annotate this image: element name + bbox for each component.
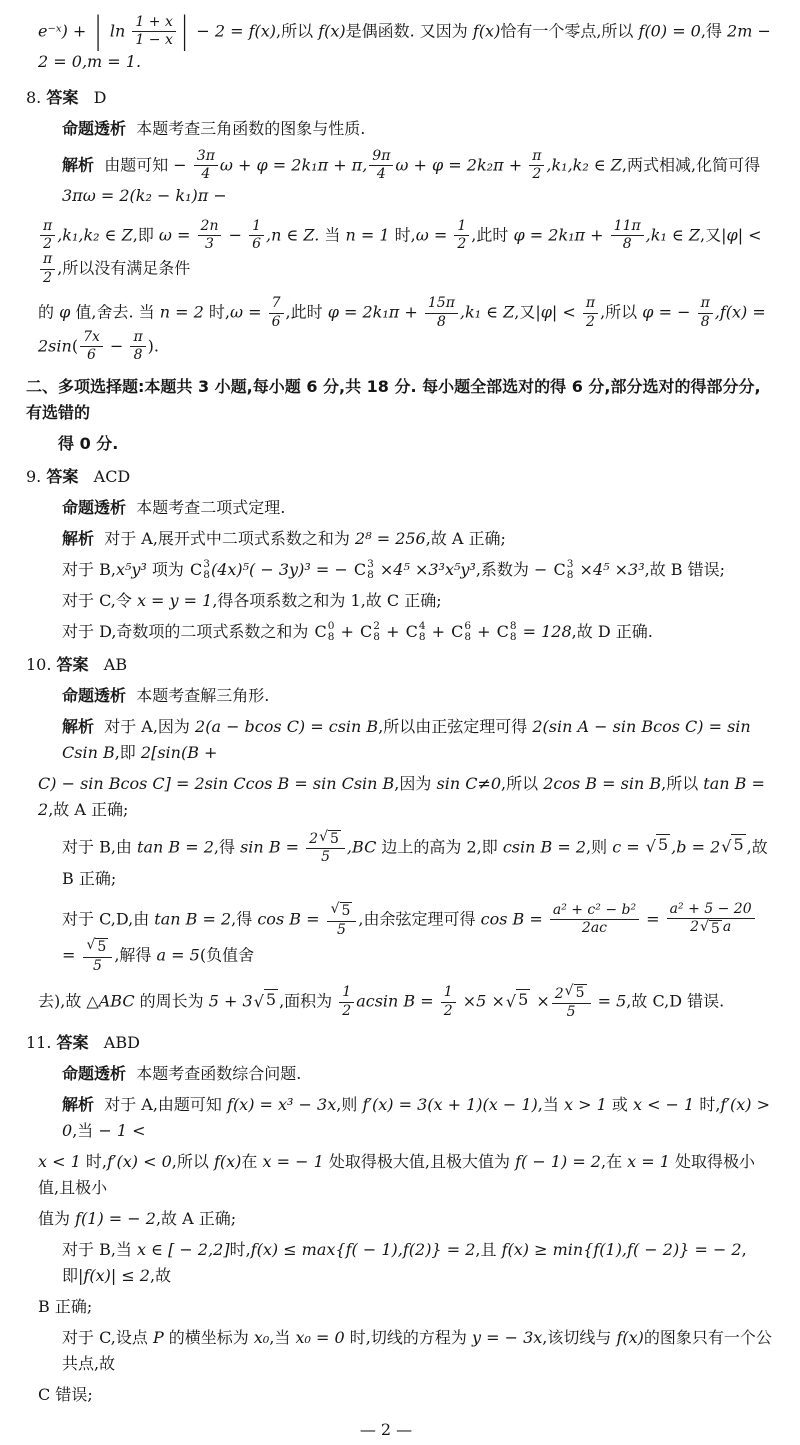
fraction-denominator: 2√5a	[690, 919, 731, 938]
math-run: 2	[690, 920, 699, 935]
fraction-numerator: 2√5	[306, 830, 345, 850]
text-run: 本题考查三角函数的图象与性质.	[126, 119, 365, 138]
line-section-2-header: 二、多项选择题:本题共 3 小题,每小题 6 分,共 18 分. 每小题全部选对…	[26, 374, 772, 426]
math-run: ,k₁,k₂ ∈ Z	[546, 155, 622, 174]
binomial-base: C	[497, 619, 509, 645]
math-run: x₀ = 0	[296, 1328, 345, 1347]
fraction-denominator: 6	[87, 347, 96, 363]
binomial-subscript: 8	[464, 632, 471, 643]
text-run: 在	[241, 1152, 262, 1171]
text-run: 时,	[81, 1152, 107, 1171]
binomial-base: C	[354, 557, 366, 583]
math-run: 5	[93, 959, 102, 974]
binomial-indices: 38	[203, 559, 210, 580]
fraction: a² + 5 − 202√5a	[667, 902, 755, 938]
math-run: − 2 = f(x)	[191, 21, 276, 40]
binomial-indices: 08	[328, 621, 335, 642]
math-run: +	[335, 622, 359, 641]
math-run: 8	[437, 315, 446, 330]
text-run: 对于 B,	[62, 560, 116, 579]
binomial-base: C	[451, 619, 463, 645]
binomial-coefficient: C88	[497, 619, 517, 645]
bold-label: 得 0 分.	[58, 434, 118, 453]
text-run: ,得各项系数之和为 1,故 C 正确;	[212, 591, 441, 610]
binomial-indices: 48	[419, 621, 426, 642]
text-run: ,系数为	[476, 560, 534, 579]
text-run: ,因为	[394, 774, 436, 793]
math-run: ,k₁ ∈ Z	[646, 225, 700, 244]
text-run: 项为	[147, 560, 189, 579]
radicand: 5	[731, 834, 745, 854]
square-root: √5	[565, 984, 587, 1002]
line-11-solution-a3: 值为 f(1) = − 2,故 A 正确;	[38, 1206, 772, 1232]
text-run: 对于 C,设点	[62, 1328, 153, 1347]
math-run: ,k₁ ∈ Z	[460, 303, 514, 322]
bold-label: 答案	[46, 467, 78, 486]
text-run: 11.	[26, 1033, 57, 1052]
fraction: 11π8	[611, 219, 644, 253]
math-run: 2ac	[582, 921, 607, 936]
text-run: 的周长为	[135, 992, 209, 1011]
fraction: π8	[130, 330, 145, 364]
binomial-indices: 38	[367, 559, 374, 580]
fraction: 76	[269, 296, 284, 330]
fraction-numerator: π	[529, 149, 544, 166]
fraction-numerator: π	[40, 252, 55, 269]
fraction-numerator: 1	[249, 219, 264, 236]
math-run: 5 + 3	[209, 992, 253, 1011]
math-run: φ = −	[642, 303, 695, 322]
math-run: 2n	[201, 219, 219, 234]
radical-sign: √	[254, 989, 264, 1015]
math-run: φ	[59, 303, 70, 322]
binomial-subscript: 8	[203, 570, 210, 581]
text-run: ,则	[336, 1095, 362, 1114]
radical-sign: √	[721, 834, 731, 860]
binomial-subscript: 8	[373, 632, 380, 643]
text-run: ,由余弦定理可得	[358, 909, 480, 928]
fraction-numerator: π	[130, 330, 145, 347]
math-run: φ = 2k₁π +	[328, 303, 423, 322]
math-run: ,BC	[347, 837, 376, 856]
text-run: ,两式相减,化简可得	[622, 155, 765, 174]
text-run: 时,切线的方程为	[345, 1328, 472, 1347]
math-run: f(x) = x³ − 3x	[227, 1095, 336, 1114]
abs-value-bar: |	[95, 1, 100, 61]
line-10-solution-3: 对于 B,由 tan B = 2,得 sin B = 2√55,BC 边上的高为…	[62, 830, 772, 892]
math-run: π	[586, 296, 595, 311]
fraction-numerator: a² + c² − b²	[550, 903, 639, 920]
math-run: f(0) = 0	[639, 21, 701, 40]
math-run: e⁻ˣ) +	[38, 21, 91, 40]
text-run: 边上的高为 2,即	[376, 837, 503, 856]
math-run: 2	[342, 1004, 351, 1019]
math-run: a	[723, 920, 731, 935]
math-run: f(1) = − 2	[75, 1209, 156, 1228]
bold-label: 解析	[62, 717, 94, 736]
math-run: ,k₁,k₂ ∈ Z	[57, 225, 133, 244]
text-run: ,即	[115, 743, 141, 762]
line-9-solution-c: 对于 C,令 x = y = 1,得各项系数之和为 1,故 C 正确;	[62, 588, 772, 614]
math-run: ,b = 2	[671, 837, 720, 856]
math-run: sin C≠0	[436, 774, 501, 793]
text-run: B 正确;	[38, 1297, 92, 1316]
line-11-solution-c1: 对于 C,设点 P 的横坐标为 x₀,当 x₀ = 0 时,切线的方程为 y =…	[62, 1325, 772, 1377]
text-run: 对于 B,由	[62, 837, 137, 856]
math-run: +	[472, 622, 496, 641]
math-run: 6	[87, 348, 96, 363]
fraction-numerator: 2√5	[552, 984, 591, 1004]
math-run: 2	[555, 987, 564, 1002]
radical-sign: √	[506, 989, 516, 1015]
square-root: √5	[331, 902, 353, 920]
text-run: 恰有一个零点,所以	[500, 21, 638, 40]
math-run: 2	[586, 315, 595, 330]
bold-label: 命题透析	[62, 119, 126, 138]
fraction: 12	[339, 985, 354, 1019]
text-run: 8.	[26, 88, 46, 107]
fraction-denominator: 6	[252, 236, 261, 252]
line-10-answer: 10. 答案 AB	[26, 652, 772, 678]
math-run: ln	[105, 21, 131, 40]
math-run: n = 2	[160, 303, 204, 322]
math-run: y = − 3x	[472, 1328, 542, 1347]
text-run: 本题考查函数综合问题.	[126, 1064, 301, 1083]
math-run: f(x)	[214, 1152, 241, 1171]
binomial-base: C	[315, 619, 327, 645]
fraction: 7x6	[80, 330, 103, 364]
fraction-numerator: 1	[441, 985, 456, 1002]
math-run: 2	[457, 237, 466, 252]
math-run: −	[534, 560, 553, 579]
fraction: 16	[249, 219, 264, 253]
bold-label: 答案	[57, 655, 89, 674]
fraction-numerator: 9π	[369, 149, 393, 166]
text-run: 去),故	[38, 992, 86, 1011]
text-run: ,所以	[661, 774, 703, 793]
math-run: +	[427, 622, 451, 641]
math-run: 2[sin(B +	[141, 743, 218, 762]
fraction-numerator: √5	[327, 902, 357, 922]
abs-value-bar: |	[182, 1, 187, 61]
text-run: 的	[38, 303, 59, 322]
bold-label: 解析	[62, 155, 94, 174]
math-run: x < − 1	[633, 1095, 694, 1114]
fraction: 12	[454, 219, 469, 253]
text-run: ,且	[475, 1240, 501, 1259]
math-run: cos B =	[257, 909, 324, 928]
fraction-numerator: 1 + x	[132, 15, 175, 32]
math-run: f(x)	[616, 1328, 643, 1347]
text-run: ,又	[514, 303, 535, 322]
math-run: f(x) ≥ min{f(1),f( − 2)} = − 2	[502, 1240, 742, 1259]
math-run: 2cos B = sin B	[543, 774, 661, 793]
text-run: 当	[319, 225, 345, 244]
math-run: f′(x) < 0	[107, 1152, 172, 1171]
fraction-denominator: 1 − x	[135, 32, 172, 48]
math-run: sin B =	[240, 837, 304, 856]
math-run: ω =	[230, 303, 267, 322]
binomial-coefficient: C38	[354, 557, 374, 583]
fraction-numerator: 3π	[194, 149, 218, 166]
fraction-numerator: 7x	[80, 330, 103, 347]
math-run: −	[173, 155, 192, 174]
fraction-denominator: 8	[134, 347, 143, 363]
text-run: 对于 A,展开式中二项式系数之和为	[94, 529, 355, 548]
line-10-topic: 命题透析 本题考查解三角形.	[62, 683, 772, 709]
math-run: ω =	[159, 225, 196, 244]
fraction: a² + c² − b²2ac	[550, 903, 639, 937]
math-run: 2	[309, 832, 318, 847]
binomial-coefficient: C48	[406, 619, 426, 645]
radical-sign: √	[646, 834, 656, 860]
math-run: 3π	[197, 149, 215, 164]
text-run: ,此时	[471, 225, 513, 244]
text-run: ,解得	[114, 946, 156, 965]
binomial-coefficient: C08	[315, 619, 335, 645]
square-root: √5	[700, 920, 722, 938]
math-run: =	[641, 909, 665, 928]
fraction-denominator: 2	[43, 270, 52, 286]
text-run: 或	[607, 1095, 633, 1114]
math-run: a² + c² − b²	[553, 903, 636, 918]
math-run: cos B =	[481, 909, 548, 928]
page-number: — 2 —	[0, 1420, 772, 1439]
radicand: 5	[340, 902, 353, 920]
fraction-denominator: 2	[457, 236, 466, 252]
text-run: ,故 B 错误;	[645, 560, 725, 579]
math-run: 3πω = 2(k₂ − k₁)π −	[62, 186, 227, 205]
text-run: ,则	[586, 837, 612, 856]
math-run: ×4⁵ ×3³	[574, 560, 644, 579]
fraction-denominator: 2	[43, 236, 52, 252]
math-run: 7	[272, 296, 281, 311]
radicand: 5	[95, 938, 108, 956]
math-run: π	[43, 252, 52, 267]
radical-sign: √	[565, 984, 574, 999]
binomial-indices: 28	[373, 621, 380, 642]
math-run: ×5 ×	[458, 992, 505, 1011]
fraction-numerator: π	[40, 219, 55, 236]
fraction: 2√55	[306, 830, 345, 866]
binomial-subscript: 8	[367, 570, 374, 581]
fraction-denominator: 2	[342, 1003, 351, 1019]
fraction-numerator: 2n	[198, 219, 222, 236]
fraction: 9π4	[369, 149, 393, 183]
math-run: 2(a − bcos C) = csin B	[195, 717, 378, 736]
text-run: 10.	[26, 655, 57, 674]
binomial-subscript: 8	[567, 570, 574, 581]
math-run: 15π	[428, 296, 455, 311]
math-run: ×	[531, 992, 550, 1011]
fraction-numerator: 7	[269, 296, 284, 313]
bold-label: 命题透析	[62, 498, 126, 517]
text-run: 对于 B,当	[62, 1240, 137, 1259]
math-run: f( − 1) = 2	[515, 1152, 601, 1171]
text-run: ,面积为	[279, 992, 337, 1011]
text-run: 对于 C,D,由	[62, 909, 154, 928]
fraction-numerator: a² + 5 − 20	[667, 902, 755, 919]
binomial-base: C	[360, 619, 372, 645]
fraction-numerator: 11π	[611, 219, 644, 236]
fraction: π2	[40, 219, 55, 253]
line-11-solution-a1: 解析 对于 A,由题可知 f(x) = x³ − 3x,则 f′(x) = 3(…	[62, 1092, 772, 1144]
text-run: 时,	[390, 225, 416, 244]
radical-sign: √	[87, 938, 96, 953]
text-run: 对于 D,奇数项的二项式系数之和为	[62, 622, 314, 641]
math-run: a = 5	[157, 946, 200, 965]
fraction-numerator: 15π	[425, 296, 458, 313]
fraction-denominator: 4	[377, 166, 386, 182]
bold-label: 答案	[57, 1033, 89, 1052]
fraction-denominator: 3	[205, 236, 214, 252]
fraction-denominator: 8	[437, 314, 446, 330]
square-root: √5	[319, 830, 341, 848]
fraction-numerator: 1	[454, 219, 469, 236]
math-run: 2⁸ = 256	[355, 529, 426, 548]
text-run: ABD	[89, 1033, 140, 1052]
text-run: ,当	[269, 1328, 295, 1347]
math-run: π	[532, 149, 541, 164]
radicand: 5	[656, 834, 670, 854]
text-run: ,此时	[286, 303, 328, 322]
binomial-indices: 38	[567, 559, 574, 580]
math-run: 5	[337, 923, 346, 938]
line-11-solution-b1: 对于 B,当 x ∈ [ − 2,2]时,f(x) ≤ max{f( − 1),…	[62, 1237, 772, 1289]
text-run: ).	[148, 336, 159, 355]
math-run: 6	[272, 315, 281, 330]
math-run: f(x)	[473, 21, 500, 40]
math-run: C) − sin Bcos C] = 2sin Ccos B = sin Csi…	[38, 774, 394, 793]
text-run: 的横坐标为	[164, 1328, 254, 1347]
text-run: (	[72, 336, 78, 355]
binomial-coefficient: C28	[360, 619, 380, 645]
fraction-denominator: 5	[567, 1004, 576, 1020]
radicand: 5	[264, 989, 278, 1009]
text-run: ,故 D 正确.	[572, 622, 653, 641]
fraction-denominator: 4	[201, 166, 210, 182]
fraction-numerator: π	[583, 296, 598, 313]
math-run: 1	[252, 219, 261, 234]
math-run: c =	[612, 837, 645, 856]
fraction-numerator: π	[698, 296, 713, 313]
text-run: ,当	[72, 1121, 98, 1140]
fraction-denominator: 2	[444, 1003, 453, 1019]
fraction-denominator: 5	[93, 958, 102, 974]
binomial-indices: 88	[510, 621, 517, 642]
math-run: |f(x)| ≤ 2	[78, 1266, 150, 1285]
binomial-base: C	[406, 619, 418, 645]
line-11-solution-c2: C 错误;	[38, 1382, 772, 1408]
math-run: − 1 <	[98, 1121, 145, 1140]
bold-label: 解析	[62, 529, 94, 548]
line-8-solution-2: π2,k₁,k₂ ∈ Z,即 ω = 2n3 − 16,n ∈ Z. 当 n =…	[38, 219, 772, 287]
radicand: 5	[328, 830, 341, 848]
fraction-denominator: 8	[701, 314, 710, 330]
math-run: π	[43, 219, 52, 234]
fraction: 2√55	[552, 984, 591, 1020]
binomial-coefficient: C68	[451, 619, 471, 645]
radical-sign: √	[319, 830, 328, 845]
text-run: 由题可知	[94, 155, 173, 174]
math-run: acsin B =	[356, 992, 439, 1011]
text-run: ,又	[700, 225, 721, 244]
math-run: (4x)⁵( − 3y)³ = −	[211, 560, 353, 579]
line-11-solution-b2: B 正确;	[38, 1294, 772, 1320]
fraction-denominator: 8	[623, 236, 632, 252]
text-run: ,所以	[172, 1152, 214, 1171]
line-10-solution-4: 对于 C,D,由 tan B = 2,得 cos B = √55,由余弦定理可得…	[62, 902, 772, 974]
math-run: x⁵y³	[116, 560, 147, 579]
text-run: ,所以由正弦定理可得	[378, 717, 532, 736]
fraction: 12	[441, 985, 456, 1019]
text-run: ,在	[601, 1152, 627, 1171]
text-run: 本题考查二项式定理.	[126, 498, 285, 517]
line-9-solution-a: 解析 对于 A,展开式中二项式系数之和为 2⁸ = 256,故 A 正确;	[62, 526, 772, 552]
text-run: 对于 A,由题可知	[94, 1095, 227, 1114]
binomial-coefficient: C38	[190, 557, 210, 583]
fraction: π2	[529, 149, 544, 183]
math-run: 4	[201, 167, 210, 182]
square-root: √5	[646, 834, 670, 860]
binomial-base: C	[190, 557, 202, 583]
line-9-solution-b: 对于 B,x⁵y³ 项为 C38(4x)⁵( − 3y)³ = − C38 ×4…	[62, 557, 772, 583]
math-run: φ = 2k₁π +	[513, 225, 608, 244]
math-run: P	[153, 1328, 164, 1347]
math-run: 3	[205, 237, 214, 252]
fraction: π2	[40, 252, 55, 286]
text-run: 时,	[694, 1095, 720, 1114]
binomial-indices: 68	[464, 621, 471, 642]
math-run: ×4⁵ ×3³x⁵y³	[375, 560, 476, 579]
math-run: 11π	[614, 219, 641, 234]
document-body: e⁻ˣ) + | ln 1 + x1 − x| − 2 = f(x),所以 f(…	[0, 15, 772, 1408]
math-run: = 128	[518, 622, 572, 641]
bold-label: 解析	[62, 1095, 94, 1114]
bold-label: 答案	[46, 88, 78, 107]
fraction: 15π8	[425, 296, 458, 330]
math-run: −	[223, 225, 247, 244]
text-run: ,故 A 正确;	[426, 529, 506, 548]
line-11-solution-a2: x < 1 时,f′(x) < 0,所以 f(x)在 x = − 1 处取得极大…	[38, 1149, 772, 1201]
fraction: π2	[583, 296, 598, 330]
fraction: π8	[698, 296, 713, 330]
math-run: 8	[134, 348, 143, 363]
fraction: √55	[327, 902, 357, 938]
fraction: 1 + x1 − x	[132, 15, 175, 49]
line-8-solution-1: 解析 由题可知 − 3π4ω + φ = 2k₁π + π,9π4ω + φ =…	[62, 149, 772, 209]
math-run: 1 + x	[135, 15, 172, 30]
math-run: ω =	[416, 225, 453, 244]
radicand: 5	[516, 989, 530, 1009]
text-run: C 错误;	[38, 1385, 93, 1404]
math-run: f(x) ≤ max{f( − 1),f(2)} = 2	[251, 1240, 476, 1259]
radical-sign: √	[331, 902, 340, 917]
fraction-denominator: 5	[321, 849, 330, 865]
text-run: ,得	[701, 21, 727, 40]
math-run: f′(x) = 3(x + 1)(x − 1)	[362, 1095, 537, 1114]
binomial-subscript: 8	[328, 632, 335, 643]
text-run: (负值舍	[200, 946, 254, 965]
document-page: e⁻ˣ) + | ln 1 + x1 − x| − 2 = f(x),所以 f(…	[0, 0, 800, 1445]
radical-sign: √	[700, 920, 709, 935]
text-run: 值,舍去. 当	[70, 303, 159, 322]
line-8-answer: 8. 答案 D	[26, 85, 772, 111]
math-run: ω + φ = 2k₁π + π,	[220, 155, 367, 174]
line-7-solution-cont: e⁻ˣ) + | ln 1 + x1 − x| − 2 = f(x),所以 f(…	[38, 15, 772, 75]
math-run: 7x	[83, 330, 100, 345]
math-run: 5	[321, 850, 330, 865]
